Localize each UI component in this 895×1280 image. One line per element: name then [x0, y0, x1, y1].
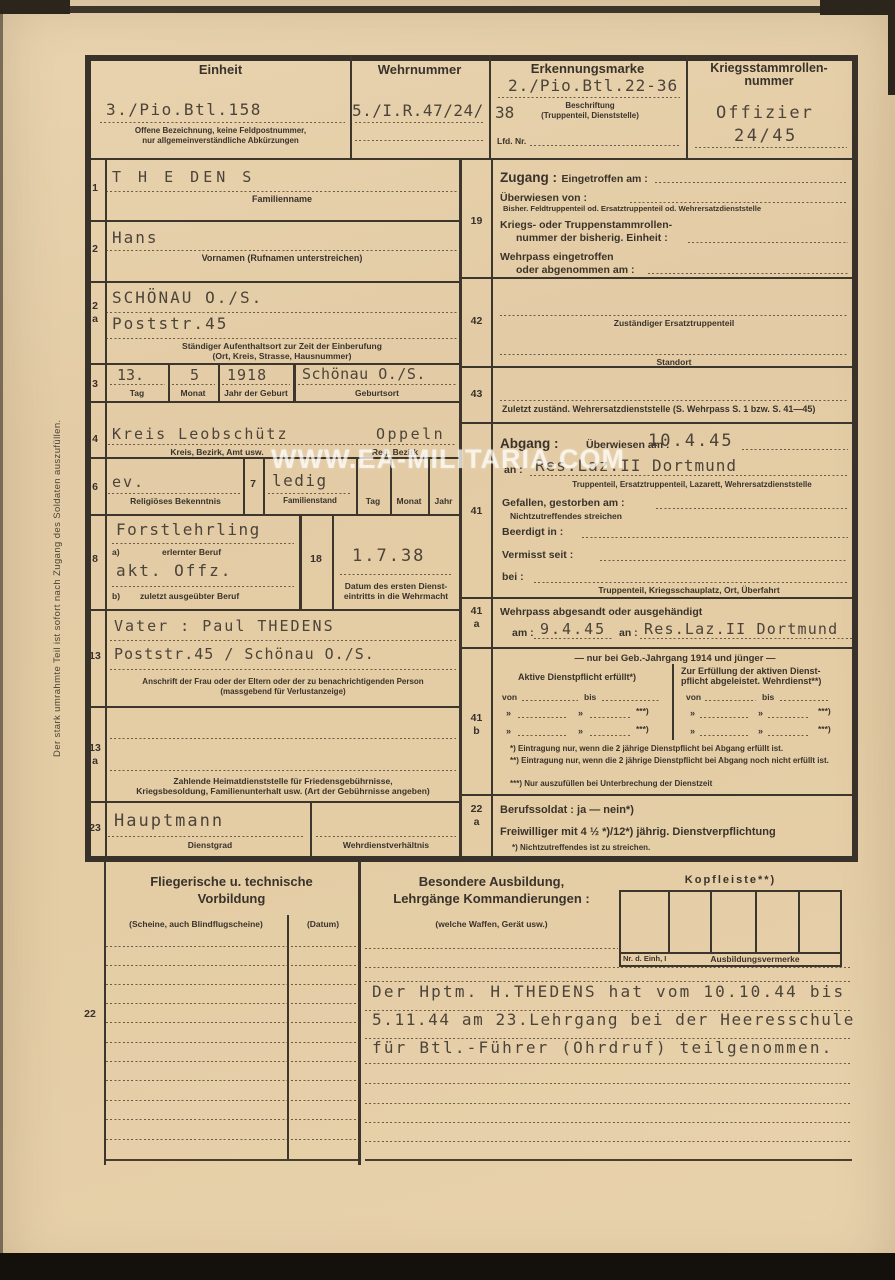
rule — [582, 537, 848, 538]
stammrolle-title2: nummer — [686, 74, 852, 89]
stammrolle-value2: 24/45 — [734, 128, 798, 145]
rule — [110, 384, 165, 385]
birth-day-value: 13. — [117, 368, 144, 383]
field-43-number: 43 — [463, 388, 490, 400]
rule — [316, 836, 456, 837]
stars-r2: ***) — [818, 724, 831, 734]
rule — [91, 609, 460, 611]
rule — [106, 1061, 356, 1062]
erkennungsmarke-note1: Beschriftung — [510, 101, 670, 110]
kopfleiste-label1: Nr. d. Einh, I — [623, 955, 666, 964]
rule — [460, 597, 852, 599]
rule — [460, 277, 852, 279]
field-23-number: 23 — [85, 822, 105, 834]
quote-l2: » — [578, 708, 583, 719]
field-1-label: Familienname — [106, 194, 458, 205]
kopfleiste-label2: Ausbildungsvermerke — [668, 954, 842, 964]
rule — [522, 700, 578, 701]
footnote-1: *) Eintragung nur, wenn die 2 jährige Di… — [510, 744, 783, 753]
field-8-label-b: b) — [112, 591, 120, 601]
rule — [106, 946, 356, 947]
einheit-title: Einheit — [91, 62, 350, 77]
rule — [530, 475, 848, 476]
wehrpass-am-value: 9.4.45 — [540, 622, 606, 637]
field-22a-suffix: a — [463, 816, 490, 828]
rule — [106, 1159, 358, 1161]
field-41-number: 41 — [463, 505, 490, 517]
von-label-r: von — [686, 692, 701, 702]
field-7-value: ledig — [272, 473, 328, 489]
rule — [668, 892, 670, 952]
field-2a-value1: SCHÖNAU O./S. — [112, 290, 263, 306]
rule — [222, 384, 290, 385]
rule — [460, 422, 852, 424]
field-2a-label1: Ständiger Aufenthaltsort zur Zeit der Ei… — [106, 341, 458, 351]
rule — [590, 717, 630, 718]
rule — [365, 1063, 852, 1064]
quote-l4: » — [578, 726, 583, 737]
rule — [700, 735, 748, 736]
rule — [798, 892, 800, 952]
rule — [91, 401, 460, 403]
vorbildung-title2: Vorbildung — [106, 891, 357, 906]
rule — [106, 1139, 356, 1140]
rule — [768, 717, 808, 718]
kopfleiste-title: Kopfleiste**) — [619, 874, 842, 887]
field-1-value: T H E DEN S — [112, 170, 255, 185]
rule — [106, 1003, 356, 1004]
field-41a-number: 41 — [463, 605, 490, 617]
field-6-value: ev. — [112, 475, 145, 490]
field-42-label1: Zuständiger Ersatztruppenteil — [500, 318, 848, 328]
rule — [768, 735, 808, 736]
field-6-label: Religiöses Bekenntnis — [108, 496, 243, 506]
erkennungsmarke-value: 2./Pio.Btl.22-36 — [508, 78, 678, 94]
field-7-label: Familienstand — [266, 496, 354, 505]
field-13-value2: Poststr.45 / Schönau O./S. — [114, 647, 375, 662]
footnote-3: ***) Nur auszufüllen bei Unterbrechung d… — [510, 779, 712, 788]
wehrnummer-value: 5./I.R.47/24/ — [352, 103, 484, 119]
stars-l2: ***) — [636, 724, 649, 734]
field-8-value-a: Forstlehrling — [116, 522, 261, 538]
rule — [700, 717, 748, 718]
einheit-value: 3./Pio.Btl.158 — [106, 102, 262, 118]
rule — [310, 801, 312, 856]
field-8-number: 8 — [85, 553, 105, 565]
rule — [459, 160, 462, 856]
scheine-label: (Scheine, auch Blindflugscheine) — [106, 919, 286, 929]
field-4-value-right: Oppeln — [376, 427, 445, 442]
rule — [365, 1122, 852, 1123]
quote-r1: » — [690, 708, 695, 719]
stars-r1: ***) — [818, 706, 831, 716]
field-2a-suffix: a — [85, 313, 105, 325]
rule — [755, 892, 757, 952]
field-8-value-b: akt. Offz. — [116, 563, 232, 579]
field-13-value1: Vater : Paul THEDENS — [114, 619, 335, 634]
rule — [106, 1042, 356, 1043]
quote-r3: » — [690, 726, 695, 737]
birth-day-label: Tag — [108, 388, 166, 398]
field-13-label2: (massgebend für Verlustanzeige) — [108, 687, 458, 696]
ausbildung-title1: Besondere Ausbildung, — [365, 874, 618, 889]
scanned-form-page: WWW.EA-MILITARIA.COM Der stark umrahmte … — [0, 0, 895, 1280]
wehrpass-am-label: am : — [512, 627, 534, 639]
rule — [106, 965, 356, 966]
rule — [742, 449, 848, 450]
von-label-l: von — [502, 692, 517, 702]
aktive-heading: Aktive Dienstpflicht erfüllt*) — [518, 672, 636, 683]
rule — [640, 638, 852, 639]
field-18-label2: eintritts in die Wehrmacht — [336, 591, 456, 601]
birth-month-label: Monat — [170, 388, 216, 398]
erkennungsmarke-note2: (Truppenteil, Dienststelle) — [510, 111, 670, 120]
rule — [106, 1119, 356, 1120]
scan-edge-top-left — [0, 0, 70, 14]
side-note-vertical: Der stark umrahmte Teil ist sofort nach … — [52, 252, 68, 757]
scan-edge-right — [888, 5, 895, 95]
erkennungsmarke-title: Erkennungsmarke — [489, 61, 686, 76]
rule — [498, 97, 680, 98]
field-8-label-a: a) — [112, 547, 120, 557]
footnote-2: **) Eintragung nur, wenn die 2 jährige D… — [510, 756, 855, 765]
birth-month-value: 5 — [190, 368, 199, 383]
berufssoldat-label: Berufssoldat : ja — nein*) — [500, 804, 634, 817]
erfuellung-heading2: pflicht abgeleistet. Wehrdienst**) — [681, 676, 821, 687]
rule — [110, 640, 456, 641]
field-8-label-b2: zuletzt ausgeübter Beruf — [140, 591, 239, 601]
rule — [590, 735, 630, 736]
rule — [518, 717, 566, 718]
field-8-label-a2: erlernter Beruf — [162, 547, 221, 557]
course-note-line1: Der Hptm. H.THEDENS hat vom 10.10.44 bis — [372, 984, 845, 1000]
course-note-line2: 5.11.44 am 23.Lehrgang bei der Heeressch… — [372, 1012, 855, 1028]
stammrollen-label2: nummer der bisherig. Einheit : — [516, 232, 668, 244]
zugang-rest: Eingetroffen am : — [561, 173, 647, 185]
stars-l1: ***) — [636, 706, 649, 716]
ausbildung-title2: Lehrgänge Kommandierungen : — [365, 891, 618, 906]
rule — [106, 191, 458, 192]
abgang-note: Truppenteil, Ersatztruppenteil, Lazarett… — [533, 480, 851, 489]
field-23-label: Dienstgrad — [130, 840, 290, 850]
course-note-line3: für Btl.-Führer (Ohrdruf) teilgenommen. — [372, 1040, 833, 1056]
quote-l1: » — [506, 708, 511, 719]
rule — [287, 915, 289, 1160]
watermark: WWW.EA-MILITARIA.COM — [168, 444, 728, 475]
field-13a-suffix: a — [85, 755, 105, 767]
freiwilliger-label: Freiwilliger mit 4 ½ *)/12*) jährig. Die… — [500, 826, 776, 839]
waffen-label: (welche Waffen, Gerät usw.) — [365, 919, 618, 929]
rule — [172, 384, 215, 385]
field-18-label1: Datum des ersten Dienst- — [336, 581, 456, 591]
rule — [106, 984, 356, 985]
bei-label: bei : — [502, 571, 524, 583]
wehrpass-an-label: an : — [619, 627, 638, 639]
zugang-line: Zugang : Eingetroffen am : — [500, 169, 648, 188]
rule — [106, 338, 458, 339]
vorbildung-title1: Fliegerische u. technische — [106, 874, 357, 889]
field-42-label2: Standort — [500, 357, 848, 367]
field-22a-number: 22 — [463, 803, 490, 815]
field-41b-number: 41 — [463, 712, 490, 724]
rule — [602, 700, 660, 701]
rule — [500, 354, 848, 355]
beerdigt-label: Beerdigt in : — [502, 526, 563, 538]
rule — [106, 250, 458, 251]
birth-year-value: 1918 — [227, 368, 267, 383]
quote-r4: » — [758, 726, 763, 737]
birth-year-label: Jahr der Geburt — [220, 388, 292, 398]
rule — [355, 122, 485, 123]
rule — [688, 242, 848, 243]
field-2a-label2: (Ort, Kreis, Strasse, Hausnummer) — [106, 351, 458, 361]
field-7-number: 7 — [243, 478, 263, 490]
streichen-note: *) Nichtzutreffendes ist zu streichen. — [512, 843, 650, 852]
rule — [105, 160, 107, 856]
field-19-number: 19 — [463, 215, 490, 227]
rule — [500, 400, 848, 401]
field-23-label-right: Wehrdienstverhältnis — [315, 840, 457, 850]
field-7-col-monat: Monat — [390, 496, 428, 506]
rule — [460, 794, 852, 796]
rule — [365, 1159, 852, 1161]
field-18-value: 1.7.38 — [352, 548, 425, 565]
field-7-col-jahr: Jahr — [428, 496, 459, 506]
rule — [91, 514, 460, 516]
field-2-number: 2 — [85, 243, 105, 255]
rule — [106, 1100, 356, 1101]
rule — [298, 384, 456, 385]
rule — [110, 669, 456, 670]
ueberwiesen-note: Bisher. Feldtruppenteil od. Ersatztruppe… — [503, 205, 761, 214]
field-6-number: 6 — [85, 481, 105, 493]
rule — [695, 147, 847, 148]
field-13a-number: 13 — [85, 742, 105, 754]
field-13a-label2: Kriegsbesoldung, Familienunterhalt usw. … — [108, 786, 458, 796]
rule — [358, 862, 361, 1165]
einheit-note2: nur allgemeinverständliche Abkürzungen — [94, 136, 347, 145]
rule — [91, 281, 460, 283]
rule — [108, 493, 240, 494]
wehrpass-label2: oder abgenommen am : — [516, 264, 634, 276]
jahrgang-heading: — nur bei Geb.-Jahrgang 1914 und jünger … — [500, 653, 850, 664]
rule — [780, 700, 830, 701]
birthplace-label: Geburtsort — [298, 388, 456, 398]
field-2-label: Vornamen (Rufnamen unterstreichen) — [106, 253, 458, 264]
gefallen-label: Gefallen, gestorben am : — [502, 497, 625, 509]
rule — [106, 312, 458, 313]
stammrollen-label1: Kriegs- oder Truppenstammrollen- — [500, 219, 672, 231]
wehrpass-abgesandt-label: Wehrpass abgesandt oder ausgehändigt — [500, 606, 702, 618]
rule — [460, 647, 852, 649]
gefallen-note: Nichtzutreffendes streichen — [510, 511, 622, 521]
rule — [491, 160, 493, 856]
field-7-col-tag: Tag — [356, 496, 390, 506]
ueberwiesen-label: Überwiesen von : — [500, 192, 587, 204]
rule — [648, 273, 848, 274]
field-41a-suffix: a — [463, 618, 490, 630]
rule — [112, 543, 294, 544]
rule — [518, 735, 566, 736]
rule — [710, 892, 712, 952]
rule — [656, 508, 848, 509]
quote-l3: » — [506, 726, 511, 737]
rule — [355, 140, 485, 141]
einheit-note: Offene Bezeichnung, keine Feldpostnummer… — [94, 126, 347, 135]
field-2a-number: 2 — [85, 300, 105, 312]
vermisst-label: Vermisst seit : — [502, 549, 573, 561]
zugang-label: Zugang : — [500, 170, 557, 185]
rule — [534, 582, 848, 583]
rule — [91, 706, 460, 708]
rule — [655, 182, 848, 183]
scan-edge-left — [0, 8, 3, 1256]
quote-r2: » — [758, 708, 763, 719]
field-4-number: 4 — [85, 433, 105, 445]
datum-label: (Datum) — [289, 919, 357, 929]
rule — [106, 1080, 356, 1081]
rule — [110, 770, 456, 771]
rule — [365, 948, 618, 949]
rule — [108, 836, 305, 837]
rule — [630, 202, 848, 203]
wehrnummer-title: Wehrnummer — [350, 62, 489, 77]
scan-edge-top — [8, 6, 887, 13]
rule — [340, 574, 452, 575]
rule — [91, 220, 460, 222]
field-23-value: Hauptmann — [114, 813, 224, 830]
rule — [672, 664, 674, 740]
rule — [268, 493, 352, 494]
field-43-label: Zuletzt zuständ. Wehrersatzdienststelle … — [502, 404, 815, 415]
bei-note: Truppenteil, Kriegsschauplatz, Ort, Über… — [558, 585, 820, 595]
field-13-label1: Anschrift der Frau oder der Eltern oder … — [108, 677, 458, 686]
rule — [100, 122, 345, 123]
wehrpass-label1: Wehrpass eingetroffen — [500, 251, 614, 263]
birthplace-value: Schönau O./S. — [302, 367, 426, 382]
rule — [91, 158, 852, 160]
rule — [365, 1103, 852, 1104]
bis-label-l: bis — [584, 692, 596, 702]
rule — [112, 586, 294, 587]
lfd-nr-label: Lfd. Nr. — [497, 136, 526, 146]
rule — [106, 1022, 356, 1023]
rule — [293, 363, 296, 402]
field-13-number: 13 — [85, 650, 105, 662]
rule — [500, 315, 848, 316]
field-13a-label1: Zahlende Heimatdienststelle für Friedens… — [108, 776, 458, 786]
rule — [365, 1083, 852, 1084]
rule — [530, 145, 680, 146]
rule — [600, 560, 848, 561]
field-2-value: Hans — [112, 230, 159, 246]
field-42-number: 42 — [463, 315, 490, 327]
stammrolle-value1: Offizier — [716, 105, 814, 122]
field-4-value: Kreis Leobschütz — [112, 427, 289, 442]
rule — [332, 514, 334, 609]
bis-label-r: bis — [762, 692, 774, 702]
rule — [110, 738, 456, 739]
wehrpass-an-value: Res.Laz.II Dortmund — [644, 622, 838, 637]
field-22-number: 22 — [80, 1008, 100, 1020]
scan-edge-top-right — [820, 0, 895, 15]
rule — [365, 967, 852, 968]
field-18-number: 18 — [301, 553, 331, 565]
field-41b-suffix: b — [463, 725, 490, 737]
rule — [705, 700, 756, 701]
scan-edge-bottom — [0, 1253, 895, 1280]
rule — [534, 638, 614, 639]
rule — [365, 1141, 852, 1142]
field-2a-value2: Poststr.45 — [112, 316, 228, 332]
field-3-number: 3 — [85, 378, 105, 390]
field-1-number: 1 — [85, 182, 105, 194]
rule — [91, 801, 460, 803]
